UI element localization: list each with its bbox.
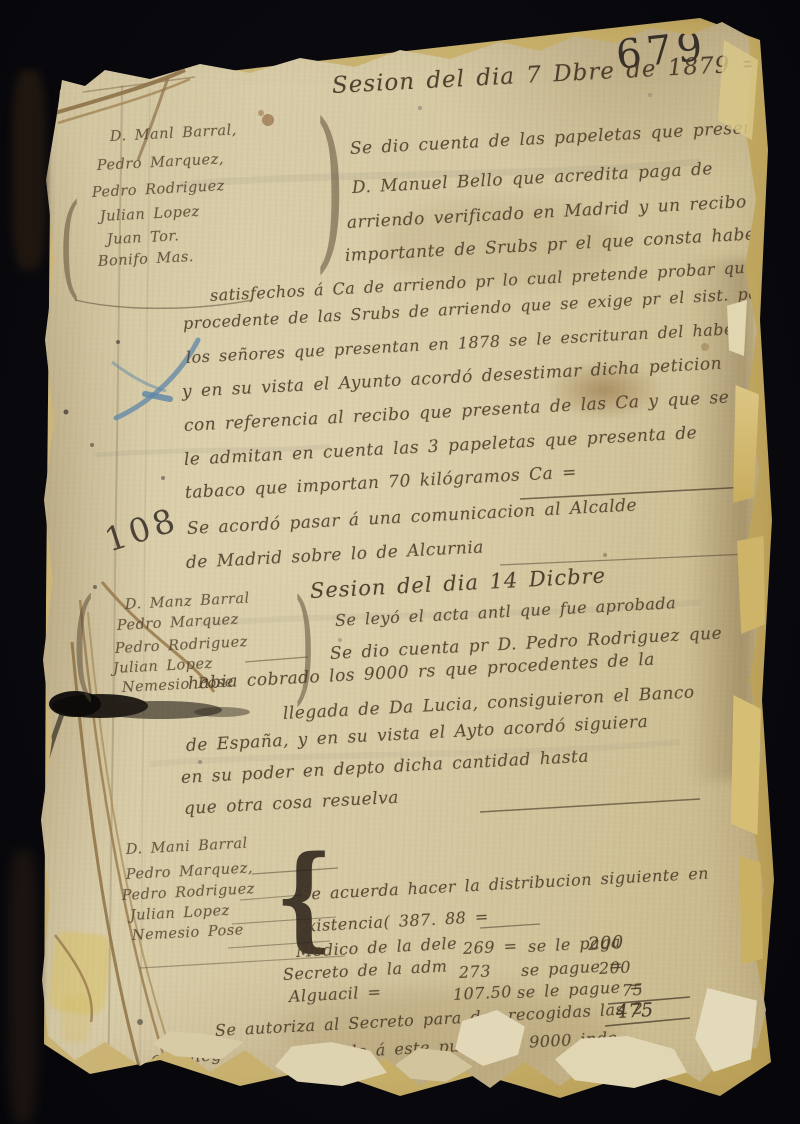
attendee-name: D. Manz Barral (125, 591, 251, 613)
manuscript-page: 679 3 108 Sesion del dia 7 Dbre de 1879 … (0, 0, 800, 1124)
attendee-name: Pedro Marquez (117, 613, 240, 635)
attendee-name: D. Manl Barral, (110, 123, 238, 146)
body-line: D. Manuel Bello que acredita paga de (352, 160, 714, 198)
book-edge-shadow (12, 70, 46, 270)
distribution-amount: 273 (459, 962, 492, 981)
resolution-line: de Madrid sobre lo de Alcurnia (186, 538, 485, 572)
distribution-amount: 107.50 (453, 983, 513, 1004)
attendee-name: Pedro Rodriguez (92, 179, 226, 202)
attendee-name: Pedro Rodriguez (115, 635, 249, 658)
attendee-name: Juan Tor. (107, 229, 180, 249)
attendee-name: Bonifo Mas. (98, 250, 195, 271)
binding-thread (138, 78, 168, 160)
binding-thread (58, 79, 190, 123)
intro-line: Se acuerda hacer la distribucion siguien… (300, 865, 710, 904)
body-line: que otra cosa resuelva (184, 789, 400, 819)
act-number: 108 (100, 499, 183, 559)
session1-heading: Sesion del dia 7 Dbre de 1879 = (331, 51, 762, 99)
distribution-amount: 269 = (463, 937, 518, 957)
body-line: tabaco que importan 70 kilógramos Ca = (185, 463, 578, 502)
attendee-bracket-open: ( (72, 590, 95, 698)
attendee-name: Pedro Marquez, (126, 861, 254, 884)
tape-residue-small (62, 996, 90, 1042)
attendee-name: D. Mani Barral (126, 837, 249, 859)
ink-rule (480, 799, 700, 812)
resolution-line: Se acordó pasar á una comunicacion al Al… (187, 496, 638, 538)
edge-fray (731, 695, 761, 835)
manuscript-photo: 679 3 108 Sesion del dia 7 Dbre de 1879 … (0, 0, 800, 1124)
attendee-name: Pedro Marquez, (97, 152, 225, 175)
attendee-name: Julian Lopez (100, 205, 201, 226)
corner-page-mark: 3 (85, 49, 103, 79)
body-line: Se dio cuenta de las papeletas que prese… (350, 118, 773, 159)
attendee-name: Julian Lopez (130, 904, 231, 925)
distribution-pay: 200 (599, 958, 632, 977)
attendee-name: Pedro Rodriguez (122, 882, 256, 905)
book-edge-shadow (8, 850, 38, 1124)
session2-heading: Sesion del dia 14 Dicbre (309, 565, 606, 604)
edge-fray (727, 300, 747, 356)
distribution-pay: 75 (622, 981, 644, 1000)
attendee-bracket-close: ) (315, 110, 346, 268)
attendee-bracket-open: ( (59, 196, 81, 297)
binding-thread (55, 70, 185, 113)
edge-fray (739, 856, 763, 964)
attendee-name: Nemesio Pose (132, 923, 245, 945)
distribution-pay: 200 (587, 933, 624, 955)
scratch-top-left (83, 77, 195, 92)
body-line: en su poder en depto dicha cantidad hast… (181, 748, 590, 788)
body-line: Se leyó el acta antl que fue aprobada (335, 594, 677, 629)
edge-fray (737, 536, 765, 634)
